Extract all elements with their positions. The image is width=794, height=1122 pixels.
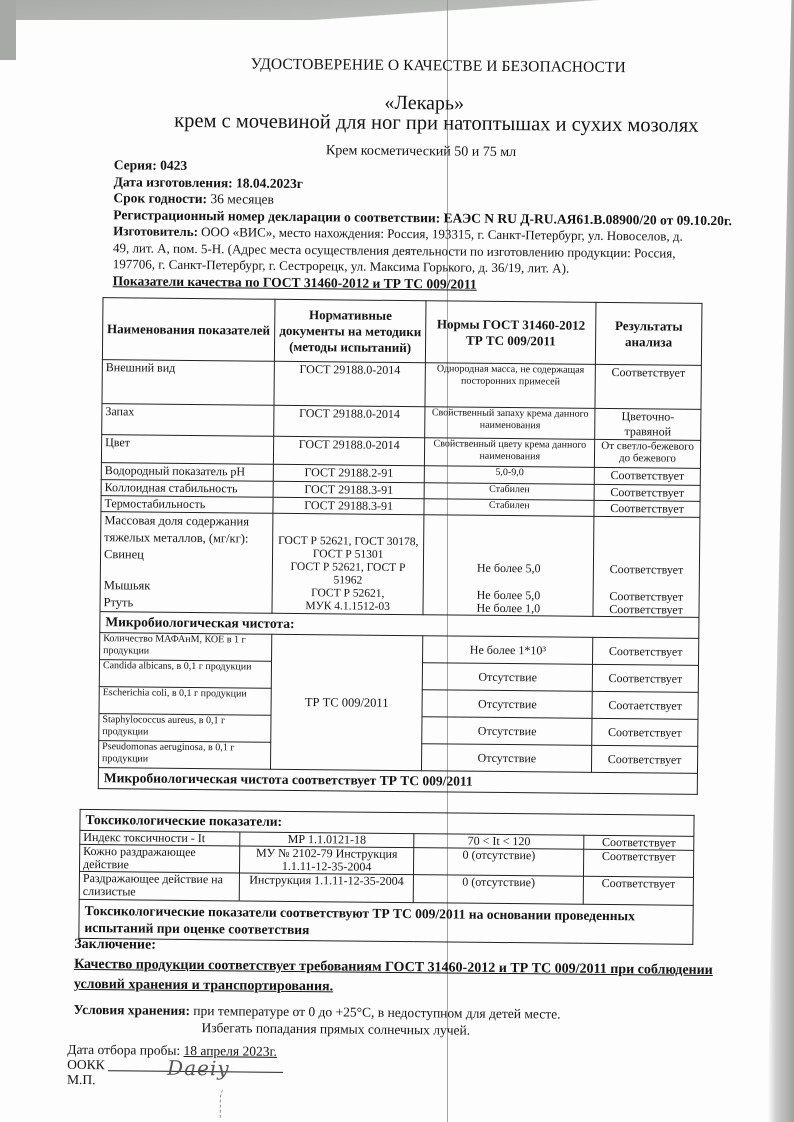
tox-method-cell: МУ № 2102-79 Инструкция 1.1.11-12-35-200… [239, 846, 414, 875]
tox-norm-cell: 0 (отсутствие) [414, 848, 584, 877]
micro-method-cell: ТР ТС 009/2011 [270, 634, 423, 770]
micro-name-cell: Pseudomonas aeruginosa, в 0,1 г продукци… [98, 741, 270, 770]
table-header-row: Наименования показателей Нормативные док… [102, 298, 702, 366]
quality-indicators-table: Наименования показателей Нормативные док… [98, 297, 703, 795]
micro-conclusion: Микробиологическая чистота соответствует… [98, 768, 697, 795]
row-method-cell: ГОСТ 29188.0-2014 [273, 436, 425, 465]
metals-name-cell: Массовая доля содержания тяжелых металло… [100, 512, 273, 614]
row-norm-cell: Стабилен [425, 483, 595, 501]
row-result-cell: Соответствует [594, 500, 700, 517]
table-row: Внешний видГОСТ 29188.0-2014Однородная м… [102, 360, 701, 410]
micro-result-cell: Соответствует [592, 718, 698, 746]
product-name: крем с мочевиной для ног при натоптышах … [174, 110, 698, 138]
micro-name-cell: Количество МАФАнМ, КОЕ в 1 г продукции [100, 633, 272, 662]
registration-value: ЕАЭС N RU Д-RU.АЯ61.В.08900/20 от 09.10.… [444, 210, 732, 228]
row-norm-cell: Свойственный цвету крема данного наимено… [425, 438, 595, 468]
header-method: Нормативные документы на методики (метод… [274, 299, 426, 362]
tox-method-cell: Инструкция 1.1.11-12-35-2004 [239, 873, 414, 903]
tox-result-cell: Соответствует [583, 876, 693, 905]
dept-label: ООКК [67, 1057, 105, 1072]
table-row-heavy-metals: Массовая доля содержания тяжелых металло… [100, 512, 700, 618]
row-result-cell: Цветочно-травяной [595, 408, 701, 440]
row-name-cell: Запах [102, 404, 274, 437]
micro-result-cell: Соотаетствует [592, 691, 698, 719]
row-norm-cell: 5,0-9,0 [425, 466, 595, 485]
storage-conditions: Условия хранения: при температуре от 0 д… [73, 1001, 560, 1040]
conclusion-block: Заключение: Качество продукции соответст… [74, 935, 715, 1001]
stamp-mark [220, 1088, 233, 1118]
micro-norm-cell: Не более 1*10³ [423, 636, 593, 665]
document-title: УДОСТОВЕРЕНИЕ О КАЧЕСТВЕ И БЕЗОПАСНОСТИ [251, 56, 626, 78]
row-name-cell: Коллоидная стабильность [101, 480, 273, 498]
micro-result-cell: Соответствует [592, 664, 698, 692]
micro-result-cell: Соответствует [593, 637, 699, 665]
micro-name-cell: Escherichia coli, в 0,1 г продукции [99, 687, 271, 716]
header-result: Результаты анализа [595, 302, 702, 365]
row-result-cell: Соответствует [594, 467, 700, 485]
micro-name-cell: Candida albicans, в 0,1 г продукции [99, 660, 271, 689]
micro-norm-cell: Отсутствие [422, 690, 592, 719]
micro-result-cell: Соответствует [592, 745, 698, 773]
tox-result-cell: Соответствует [584, 835, 694, 850]
row-norm-cell: Стабилен [424, 499, 594, 517]
micro-name-cell: Staphylococcus aureus, в 0,1 г продукции [99, 714, 271, 743]
row-method-cell: ГОСТ 29188.0-2014 [273, 405, 425, 437]
row-result-cell: От светло-бежевого до бежевого [594, 439, 700, 468]
metals-result-cell: Соответствует Соответствует Соответствуе… [593, 516, 700, 617]
row-norm-cell: Однородная масса, не содержащая посторон… [425, 363, 595, 409]
product-meta: Серия: 0423 Дата изготовления: 18.04.202… [113, 157, 764, 295]
header-name: Наименования показателей [102, 298, 274, 362]
row-method-cell: ГОСТ 29188.0-2014 [274, 361, 426, 406]
tox-result-cell: Соответствует [584, 849, 694, 877]
row-name-cell: Внешний вид [102, 360, 274, 406]
micro-conclusion-row: Микробиологическая чистота соответствует… [98, 768, 697, 795]
row-norm-cell: Свойственный запаху крема данного наимен… [425, 407, 595, 440]
row-method-cell: ГОСТ 29188.2-91 [273, 464, 425, 482]
row-result-cell: Соответствует [595, 364, 701, 409]
row-name-cell: Термостабильность [101, 496, 273, 514]
row-result-cell: Соответствует [594, 484, 700, 501]
row-method-cell: ГОСТ 29188.3-91 [273, 481, 425, 498]
row-name-cell: Водородный показатель pH [101, 463, 273, 482]
sample-date-label: Дата отбора пробы: [67, 1042, 180, 1058]
row-name-cell: Цвет [101, 435, 273, 465]
header-norm: Нормы ГОСТ 31460-2012 ТР ТС 009/2011 [426, 301, 596, 365]
tox-name-cell: Кожно раздражающее действие [79, 844, 239, 873]
handwritten-signature: Daeiy [167, 1056, 230, 1081]
product-type: Крем косметический 50 и 75 мл [326, 143, 516, 161]
row-method-cell: ГОСТ 29188.3-91 [273, 497, 425, 514]
micro-norm-cell: Отсутствие [422, 717, 592, 746]
metals-method-cell: ГОСТ Р 52621, ГОСТ 30178, ГОСТ Р 51301 Г… [272, 513, 425, 614]
metals-norm-cell: Не более 5,0 Не более 5,0 Не более 1,0 [423, 515, 594, 617]
series-value: 0423 [160, 158, 187, 173]
micro-norm-cell: Отсутствие [422, 744, 592, 773]
conclusion-text: Качество продукции соответствует требова… [74, 955, 714, 1001]
certificate-page: УДОСТОВЕРЕНИЕ О КАЧЕСТВЕ И БЕЗОПАСНОСТИ … [0, 0, 794, 1122]
toxicology-table: Токсикологические показатели: Индекс ток… [78, 809, 694, 945]
micro-norm-cell: Отсутствие [423, 663, 593, 692]
tox-norm-cell: 0 (отсутствие) [414, 875, 584, 905]
shelf-life-value: 36 месяцев [210, 191, 274, 207]
tox-name-cell: Раздражающее действие на слизистые [79, 871, 239, 901]
storage-label: Условия хранения: [74, 1002, 190, 1018]
mfg-date-value: 18.04.2023г [236, 175, 303, 191]
